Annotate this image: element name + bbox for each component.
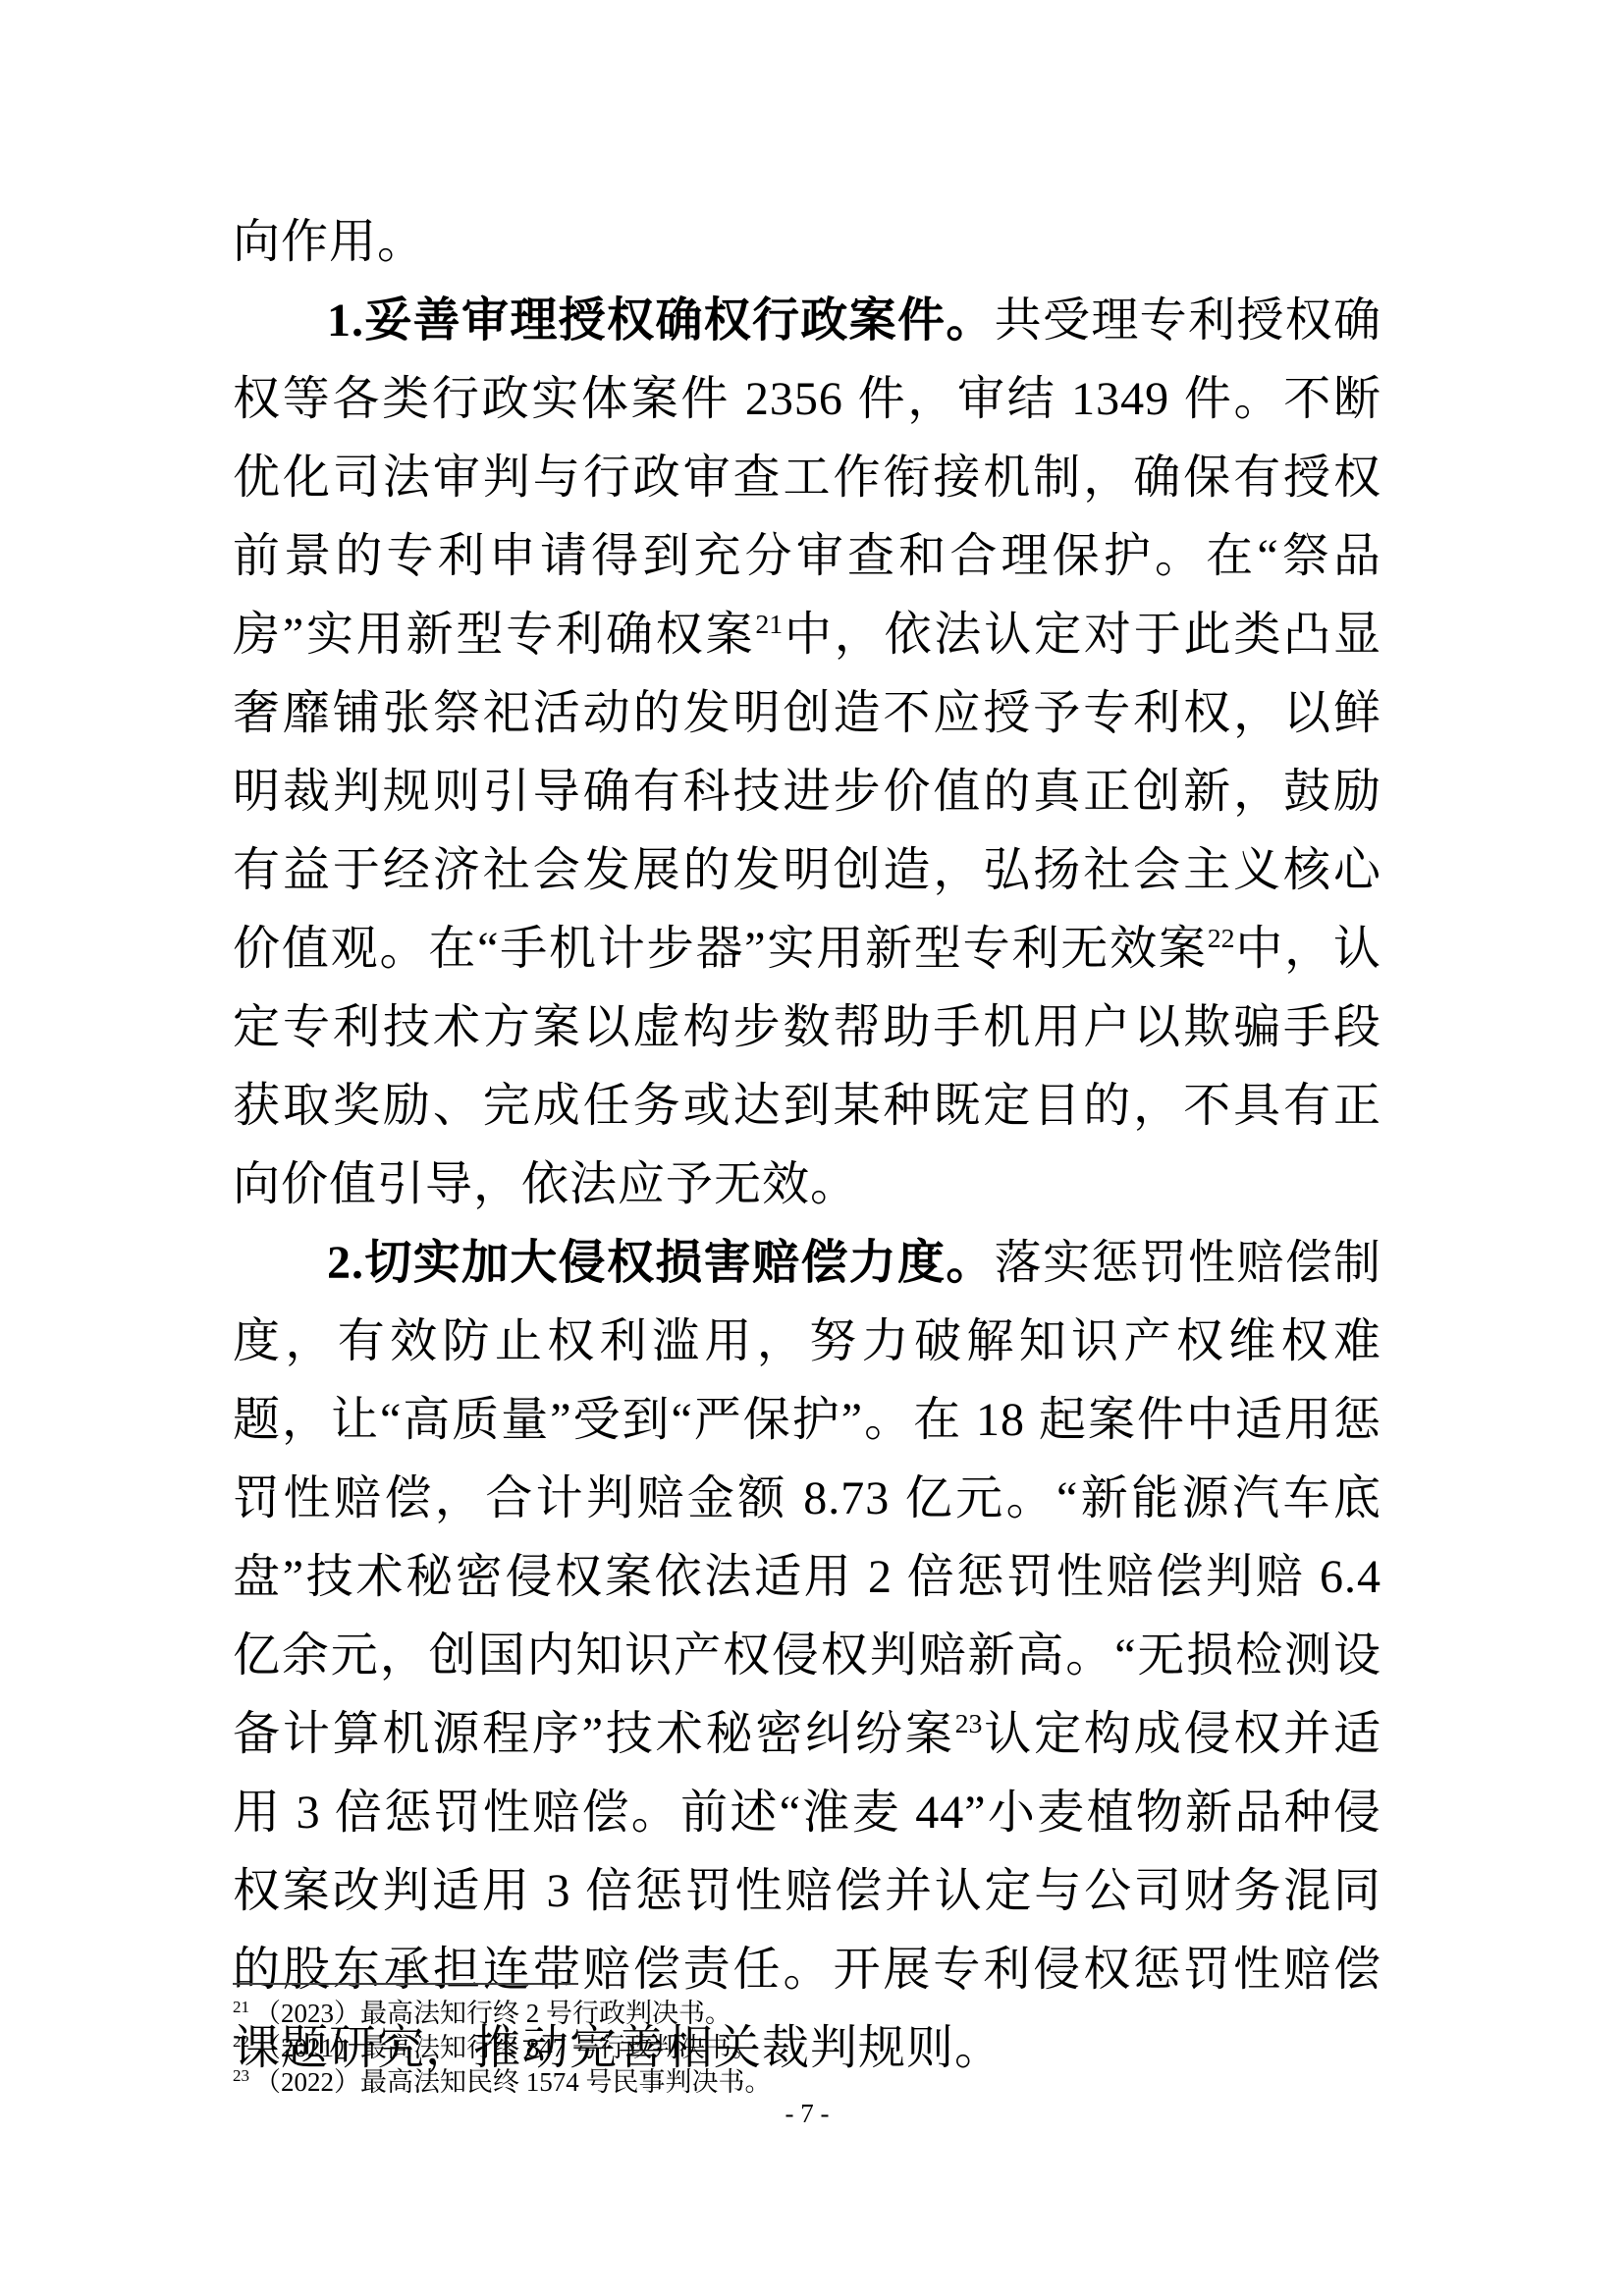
footnote-marker: 22	[233, 2032, 249, 2051]
footnote-text: （2022）最高法知民终 1574 号民事判决书。	[254, 2067, 772, 2097]
body-segment: 向作用。	[233, 216, 425, 268]
footnote-ref-21: 21	[755, 610, 783, 640]
bold-lead-item-2: 2.切实加大侵权损害赔偿力度。	[327, 1237, 995, 1289]
page-number: - 7 -	[233, 2101, 1381, 2127]
footnote-ref-22: 22	[1208, 924, 1235, 954]
footnote-marker: 23	[233, 2066, 249, 2085]
body-segment: 中，依法认定对于此类凸显奢靡铺张祭祀活动的发明创造不应授予专利权，以鲜明裁判规则…	[233, 609, 1381, 975]
body-segment: 共受理专利授权确权等各类行政实体案件 2356 件，审结 1349 件。不断优化…	[233, 294, 1381, 661]
paragraph-item-2: 2.切实加大侵权损害赔偿力度。落实惩罚性赔偿制度，有效防止权利滥用，努力破解知识…	[233, 1224, 1381, 2088]
footnote-text: （2023）最高法知行终 2 号行政判决书。	[254, 1999, 731, 2028]
paragraph-continuation: 向作用。	[233, 203, 1381, 282]
footnote-marker: 21	[233, 1998, 249, 2016]
document-page: 向作用。 1.妥善审理授权确权行政案件。共受理专利授权确权等各类行政实体案件 2…	[0, 0, 1624, 2296]
bold-lead-item-1: 1.妥善审理授权确权行政案件。	[327, 294, 995, 347]
footnote-item-23: 23（2022）最高法知民终 1574 号民事判决书。	[233, 2065, 1381, 2100]
paragraph-item-1: 1.妥善审理授权确权行政案件。共受理专利授权确权等各类行政实体案件 2356 件…	[233, 282, 1381, 1224]
body-segment: 落实惩罚性赔偿制度，有效防止权利滥用，努力破解知识产权维权难题，让“高质量”受到…	[233, 1237, 1381, 1760]
footnote-separator	[233, 1983, 578, 1985]
footnotes-section: 21（2023）最高法知行终 2 号行政判决书。 22（2021）最高法知行终 …	[233, 1975, 1381, 2100]
footnote-item-21: 21（2023）最高法知行终 2 号行政判决书。	[233, 1997, 1381, 2031]
footnote-item-22: 22（2021）最高法知行终 847 号行政判决书。	[233, 2031, 1381, 2065]
body-text: 向作用。 1.妥善审理授权确权行政案件。共受理专利授权确权等各类行政实体案件 2…	[233, 203, 1381, 2088]
footnote-text: （2021）最高法知行终 847 号行政判决书。	[254, 2033, 758, 2062]
footnote-ref-23: 23	[955, 1709, 983, 1739]
